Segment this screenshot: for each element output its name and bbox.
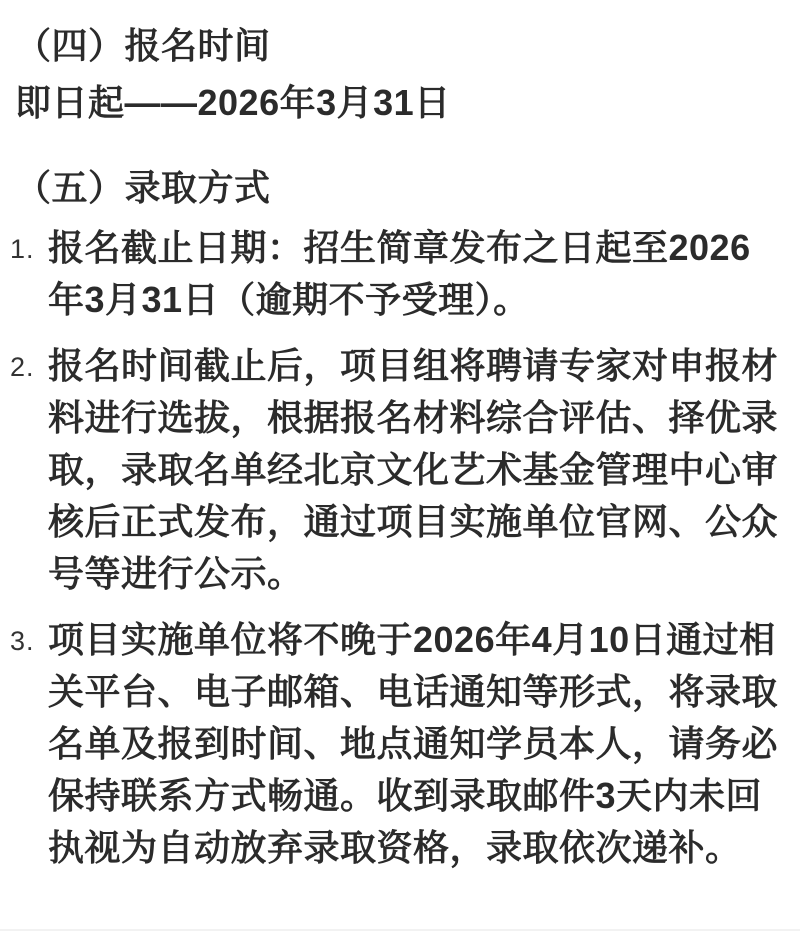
- section-heading-admission-method: （五）录取方式: [15, 162, 782, 214]
- signup-date-range: 即日起——2026年3月31日: [15, 77, 782, 129]
- list-item-number: 1.: [10, 223, 42, 275]
- list-item-number: 2.: [10, 341, 42, 393]
- list-item: 3. 项目实施单位将不晚于2026年4月10日通过相关平台、电子邮箱、电话通知等…: [15, 614, 782, 874]
- admission-list: 1. 报名截止日期：招生简章发布之日起至2026年3月31日（逾期不予受理）。 …: [15, 222, 782, 874]
- list-item-text: 报名时间截止后，项目组将聘请专家对申报材料进行选拔，根据报名材料综合评估、择优录…: [48, 345, 778, 594]
- article-body: （四）报名时间 即日起——2026年3月31日 （五）录取方式 1. 报名截止日…: [0, 0, 800, 874]
- bottom-divider: [0, 929, 800, 931]
- section-heading-signup-time: （四）报名时间: [15, 20, 782, 72]
- list-item-text: 报名截止日期：招生简章发布之日起至2026年3月31日（逾期不予受理）。: [48, 227, 751, 320]
- list-item-text: 项目实施单位将不晚于2026年4月10日通过相关平台、电子邮箱、电话通知等形式，…: [48, 619, 778, 868]
- list-item-number: 3.: [10, 615, 42, 667]
- list-item: 2. 报名时间截止后，项目组将聘请专家对申报材料进行选拔，根据报名材料综合评估、…: [15, 340, 782, 600]
- list-item: 1. 报名截止日期：招生简章发布之日起至2026年3月31日（逾期不予受理）。: [15, 222, 782, 326]
